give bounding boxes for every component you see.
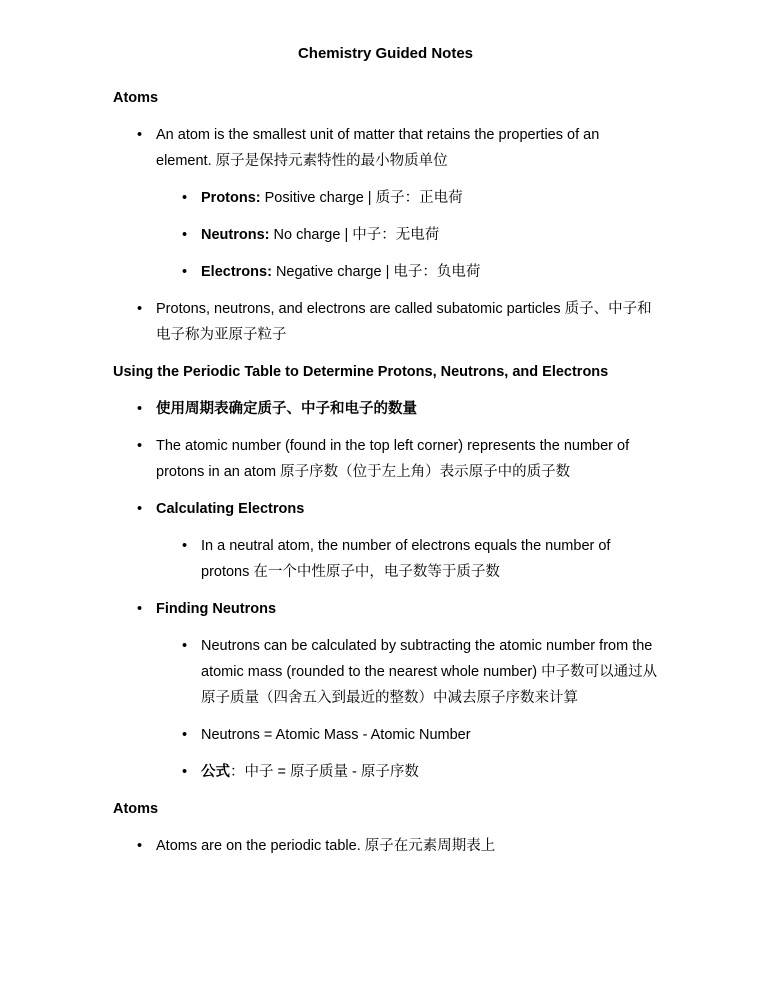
bullet-icon: • <box>137 396 156 422</box>
bullet-text: Calculating Electrons <box>156 496 658 522</box>
bullet-item-atoms-periodic-table: • Atoms are on the periodic table. 原子在元素… <box>113 833 658 859</box>
bullet-text: Protons, neutrons, and electrons are cal… <box>156 296 658 348</box>
bullet-item-neutron-formula-cn: • 公式：中子 = 原子质量 - 原子序数 <box>113 759 658 785</box>
bullet-icon: • <box>137 496 156 522</box>
bullet-icon: • <box>182 633 201 711</box>
bullet-text: Neutrons = Atomic Mass - Atomic Number <box>201 722 658 748</box>
bullet-text: Electrons: Negative charge | 电子：负电荷 <box>201 259 658 285</box>
bullet-text: Atoms are on the periodic table. 原子在元素周期… <box>156 833 658 859</box>
bullet-text: Neutrons: No charge | 中子：无电荷 <box>201 222 658 248</box>
bullet-icon: • <box>182 759 201 785</box>
bullet-item-neutron-formula-en: • Neutrons = Atomic Mass - Atomic Number <box>113 722 658 748</box>
bullet-icon: • <box>137 433 156 485</box>
bullet-item-calculating-electrons: • Calculating Electrons <box>113 496 658 522</box>
bullet-icon: • <box>137 122 156 174</box>
bullet-icon: • <box>182 185 201 211</box>
bullet-text: The atomic number (found in the top left… <box>156 433 658 485</box>
bullet-item-atom-definition: • An atom is the smallest unit of matter… <box>113 122 658 174</box>
document-title: Chemistry Guided Notes <box>113 41 658 67</box>
bullet-item-protons: • Protons: Positive charge | 质子：正电荷 <box>113 185 658 211</box>
bullet-text: Protons: Positive charge | 质子：正电荷 <box>201 185 658 211</box>
bullet-text: An atom is the smallest unit of matter t… <box>156 122 658 174</box>
bullet-item-electrons: • Electrons: Negative charge | 电子：负电荷 <box>113 259 658 285</box>
bullet-item-neutral-atom: • In a neutral atom, the number of elect… <box>113 533 658 585</box>
bullet-icon: • <box>137 596 156 622</box>
bullet-item-atomic-number: • The atomic number (found in the top le… <box>113 433 658 485</box>
bullet-icon: • <box>137 833 156 859</box>
bullet-icon: • <box>182 222 201 248</box>
section-heading-periodic-table: Using the Periodic Table to Determine Pr… <box>113 359 658 385</box>
bullet-icon: • <box>137 296 156 348</box>
bullet-icon: • <box>182 259 201 285</box>
section-heading-atoms-2: Atoms <box>113 796 658 822</box>
bullet-item-periodic-table-cn: • 使用周期表确定质子、中子和电子的数量 <box>113 396 658 422</box>
bullet-text: Neutrons can be calculated by subtractin… <box>201 633 658 711</box>
bullet-text: 公式：中子 = 原子质量 - 原子序数 <box>201 759 658 785</box>
bullet-text: Finding Neutrons <box>156 596 658 622</box>
document-page: Chemistry Guided Notes Atoms • An atom i… <box>0 0 768 994</box>
bullet-icon: • <box>182 533 201 585</box>
bullet-item-neutrons: • Neutrons: No charge | 中子：无电荷 <box>113 222 658 248</box>
bullet-item-finding-neutrons: • Finding Neutrons <box>113 596 658 622</box>
bullet-item-neutron-calculation: • Neutrons can be calculated by subtract… <box>113 633 658 711</box>
bullet-item-subatomic-particles: • Protons, neutrons, and electrons are c… <box>113 296 658 348</box>
bullet-text: 使用周期表确定质子、中子和电子的数量 <box>156 396 658 422</box>
bullet-icon: • <box>182 722 201 748</box>
section-heading-atoms: Atoms <box>113 85 658 111</box>
bullet-text: In a neutral atom, the number of electro… <box>201 533 658 585</box>
